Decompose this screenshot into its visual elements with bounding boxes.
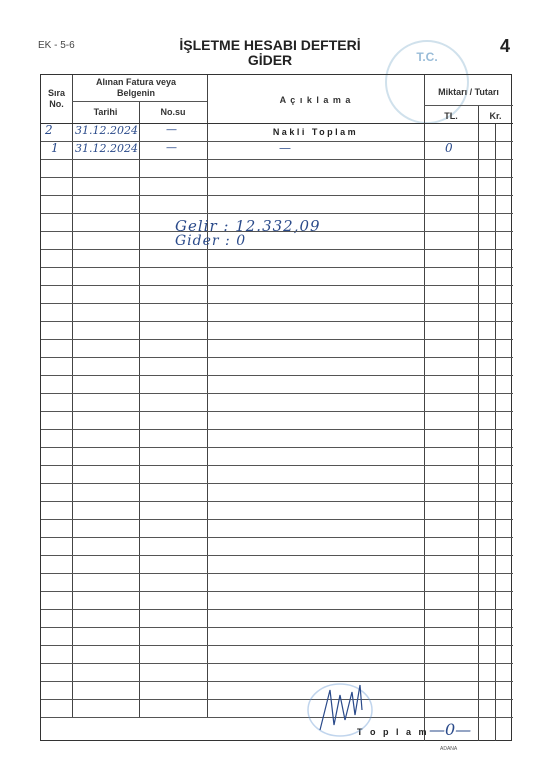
col-divider: [495, 123, 496, 741]
row-divider: [41, 555, 513, 556]
form-code: EK - 5-6: [38, 40, 75, 51]
row-divider: [41, 231, 513, 232]
row-divider: [41, 717, 513, 718]
row-1-sira: 2: [45, 123, 53, 137]
header-belge: Alınan Fatura veya Belgenin: [81, 77, 191, 99]
title-line-1: İŞLETME HESABI DEFTERİ: [150, 38, 390, 53]
row-divider: [41, 267, 513, 268]
row-divider: [41, 159, 513, 160]
ledger-table: Sıra No. Alınan Fatura veya Belgenin Tar…: [40, 74, 512, 741]
row-divider: [41, 573, 513, 574]
row-divider: [41, 213, 513, 214]
col-divider: [424, 75, 425, 741]
row-divider: [41, 411, 513, 412]
row-divider: [41, 357, 513, 358]
header-nosu: No.su: [139, 107, 207, 118]
row-divider: [41, 501, 513, 502]
row-divider: [41, 141, 513, 142]
row-divider: [41, 177, 513, 178]
header-divider: [72, 101, 207, 102]
row-divider: [41, 627, 513, 628]
header-divider: [424, 105, 513, 106]
row-divider: [41, 393, 513, 394]
row-2-aciklama: —: [279, 141, 291, 155]
signature: [300, 670, 390, 740]
row-1-nosu: —: [166, 123, 177, 136]
header-sira: Sıra No.: [41, 88, 72, 110]
row-divider: [41, 195, 513, 196]
row-1-aciklama: Nakli Toplam: [207, 127, 424, 137]
stamp-text: T.C.: [387, 50, 467, 64]
row-divider: [41, 465, 513, 466]
row-divider: [41, 375, 513, 376]
row-divider: [41, 303, 513, 304]
header-tutar: Miktarı / Tutarı: [424, 87, 513, 98]
row-divider: [41, 537, 513, 538]
row-divider: [41, 645, 513, 646]
row-divider: [41, 663, 513, 664]
printer-barcode: ADANA: [440, 746, 457, 752]
page-title: İŞLETME HESABI DEFTERİ GİDER: [150, 38, 390, 68]
row-2-tl: 0: [445, 141, 453, 155]
note-gider: Gider : 0: [175, 233, 246, 249]
title-line-2: GİDER: [150, 53, 390, 68]
row-1-tarihi: 31.12.2024: [75, 124, 138, 137]
row-divider: [41, 339, 513, 340]
page-number: 4: [500, 36, 510, 57]
row-2-sira: 1: [51, 141, 59, 155]
row-2-tarihi: 31.12.2024: [75, 142, 138, 155]
row-divider: [41, 591, 513, 592]
col-divider: [139, 101, 140, 717]
header-tl: TL.: [424, 111, 478, 122]
col-divider: [207, 75, 208, 717]
row-divider: [41, 429, 513, 430]
header-kr: Kr.: [478, 111, 513, 122]
row-divider: [41, 285, 513, 286]
row-divider: [41, 519, 513, 520]
row-divider: [41, 699, 513, 700]
row-divider: [41, 609, 513, 610]
header-aciklama: A ç ı k l a m a: [207, 95, 424, 106]
row-divider: [41, 321, 513, 322]
row-divider: [41, 447, 513, 448]
row-divider: [41, 681, 513, 682]
header-tarihi: Tarihi: [72, 107, 139, 118]
row-2-nosu: —: [166, 141, 177, 154]
row-divider: [41, 483, 513, 484]
total-value: —0—: [429, 720, 471, 739]
col-divider: [72, 75, 73, 717]
row-divider: [41, 249, 513, 250]
